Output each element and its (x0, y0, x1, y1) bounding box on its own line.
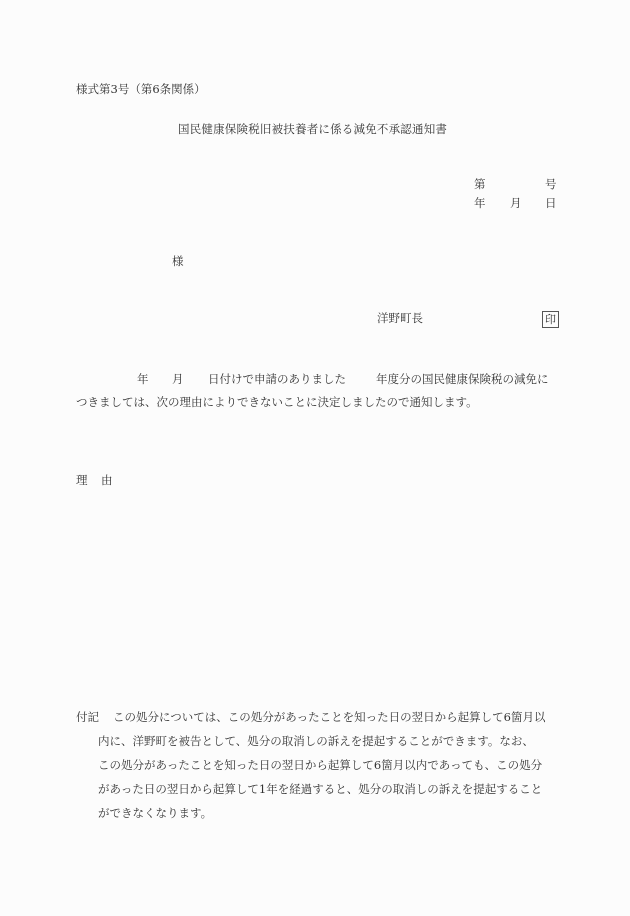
appendix-line-3: この処分があったことを知った日の翌日から起算して6箇月以内であっても、この処分 (98, 760, 542, 772)
seal-icon: 印 (545, 314, 556, 325)
form-number: 様式第3号（第6条関係） (76, 84, 206, 96)
addressee-honorific: 様 (172, 256, 184, 268)
appendix-line-5: ができなくなります。 (98, 808, 212, 820)
doc-number-suffix: 号 (545, 179, 557, 191)
seal-mark: 印 (542, 311, 559, 328)
appendix-label: 付記 (76, 712, 99, 724)
doc-number-prefix: 第 (474, 179, 486, 191)
reason-label-char-2: 由 (101, 475, 113, 487)
reason-label-char-1: 理 (76, 475, 88, 487)
body-fiscal-text: 年度分の国民健康保険税の減免に (376, 374, 549, 386)
body-month: 月 (172, 374, 184, 386)
appendix-line-4: があった日の翌日から起算して1年を経過すると、処分の取消しの訴えを提起すること (98, 784, 542, 796)
appendix-line-2: 内に、洋野町を被告として、処分の取消しの訴えを提起することができます。なお、 (98, 736, 534, 748)
issuer-name: 洋野町長 (377, 313, 423, 325)
document-title: 国民健康保険税旧被扶養者に係る減免不承認通知書 (178, 124, 447, 136)
date-year: 年 (474, 198, 486, 210)
body-year: 年 (137, 374, 149, 386)
date-month: 月 (510, 198, 522, 210)
reason-content-area (76, 500, 556, 680)
body-day-text: 日付けで申請のありました (208, 374, 346, 386)
date-day: 日 (545, 198, 557, 210)
appendix-line-1: この処分については、この処分があったことを知った日の翌日から起算して6箇月以 (113, 712, 545, 724)
body-line-2: つきましては、次の理由によりできないことに決定しましたので通知します。 (76, 397, 478, 409)
